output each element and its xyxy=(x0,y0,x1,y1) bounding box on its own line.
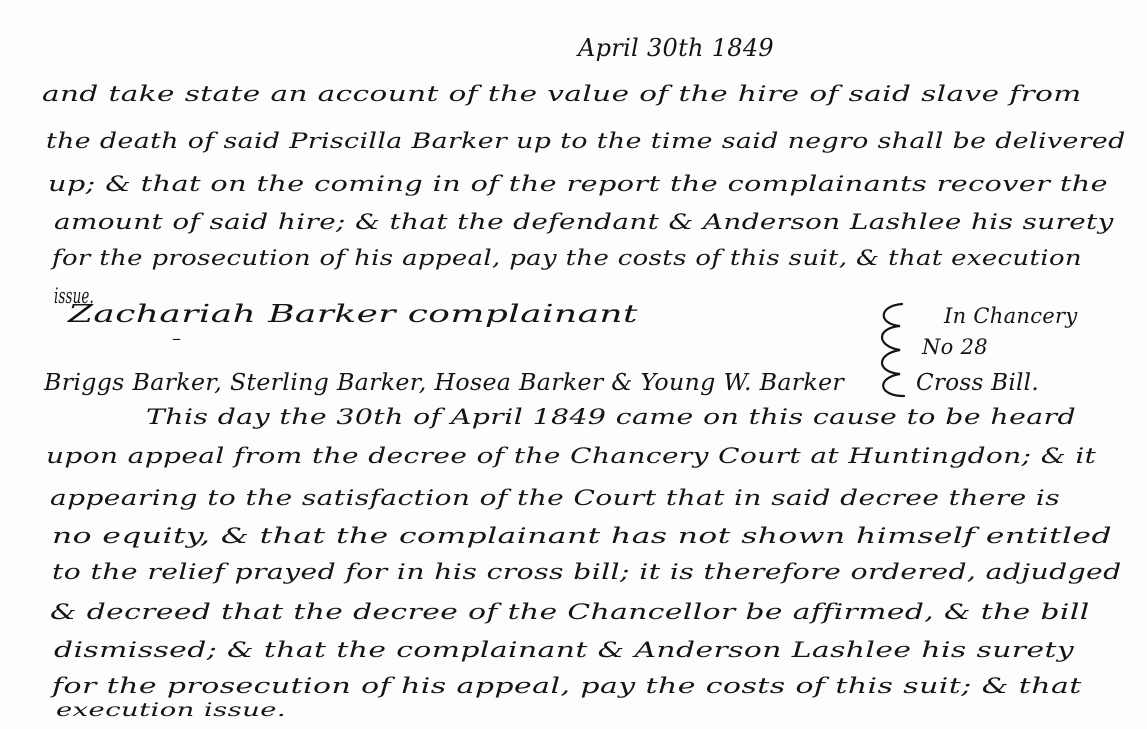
curly-brace-icon xyxy=(872,300,916,400)
decree-line-3: appearing to the satisfaction of the Cou… xyxy=(50,488,1060,509)
court-note-chancery: In Chancery xyxy=(944,306,1078,327)
decree-line-1: This day the 30th of April 1849 came on … xyxy=(146,407,1076,428)
decree-line-7: dismissed; & that the complainant & Ande… xyxy=(54,640,1074,661)
decree-line-9: execution issue. xyxy=(56,701,286,720)
decree-line-8: for the prosecution of his appeal, pay t… xyxy=(52,676,1082,697)
opening-line-5: for the prosecution of his appeal, pay t… xyxy=(52,248,1082,269)
document-date: April 30th 1849 xyxy=(578,36,774,60)
complainant-caption: Zachariah Barker complainant xyxy=(68,302,638,326)
court-note-number: No 28 xyxy=(922,337,988,358)
decree-line-2: upon appeal from the decree of the Chanc… xyxy=(46,446,1096,467)
opening-line-1: and take state an account of the value o… xyxy=(42,84,1082,105)
opening-line-3: up; & that on the coming in of the repor… xyxy=(48,174,1108,195)
opening-line-2: the death of said Priscilla Barker up to… xyxy=(46,131,1126,152)
opening-line-4: amount of said hire; & that the defendan… xyxy=(54,212,1114,233)
court-note-cross-bill: Cross Bill. xyxy=(916,372,1039,395)
decree-line-5: to the relief prayed for in his cross bi… xyxy=(52,562,1122,583)
versus-mark: – xyxy=(172,330,181,348)
defendants-caption: Briggs Barker, Sterling Barker, Hosea Ba… xyxy=(44,372,844,395)
decree-line-4: no equity, & that the complainant has no… xyxy=(52,526,1112,547)
manuscript-page: April 30th 1849 and take state an accoun… xyxy=(0,0,1147,729)
decree-line-6: & decreed that the decree of the Chancel… xyxy=(50,602,1090,623)
